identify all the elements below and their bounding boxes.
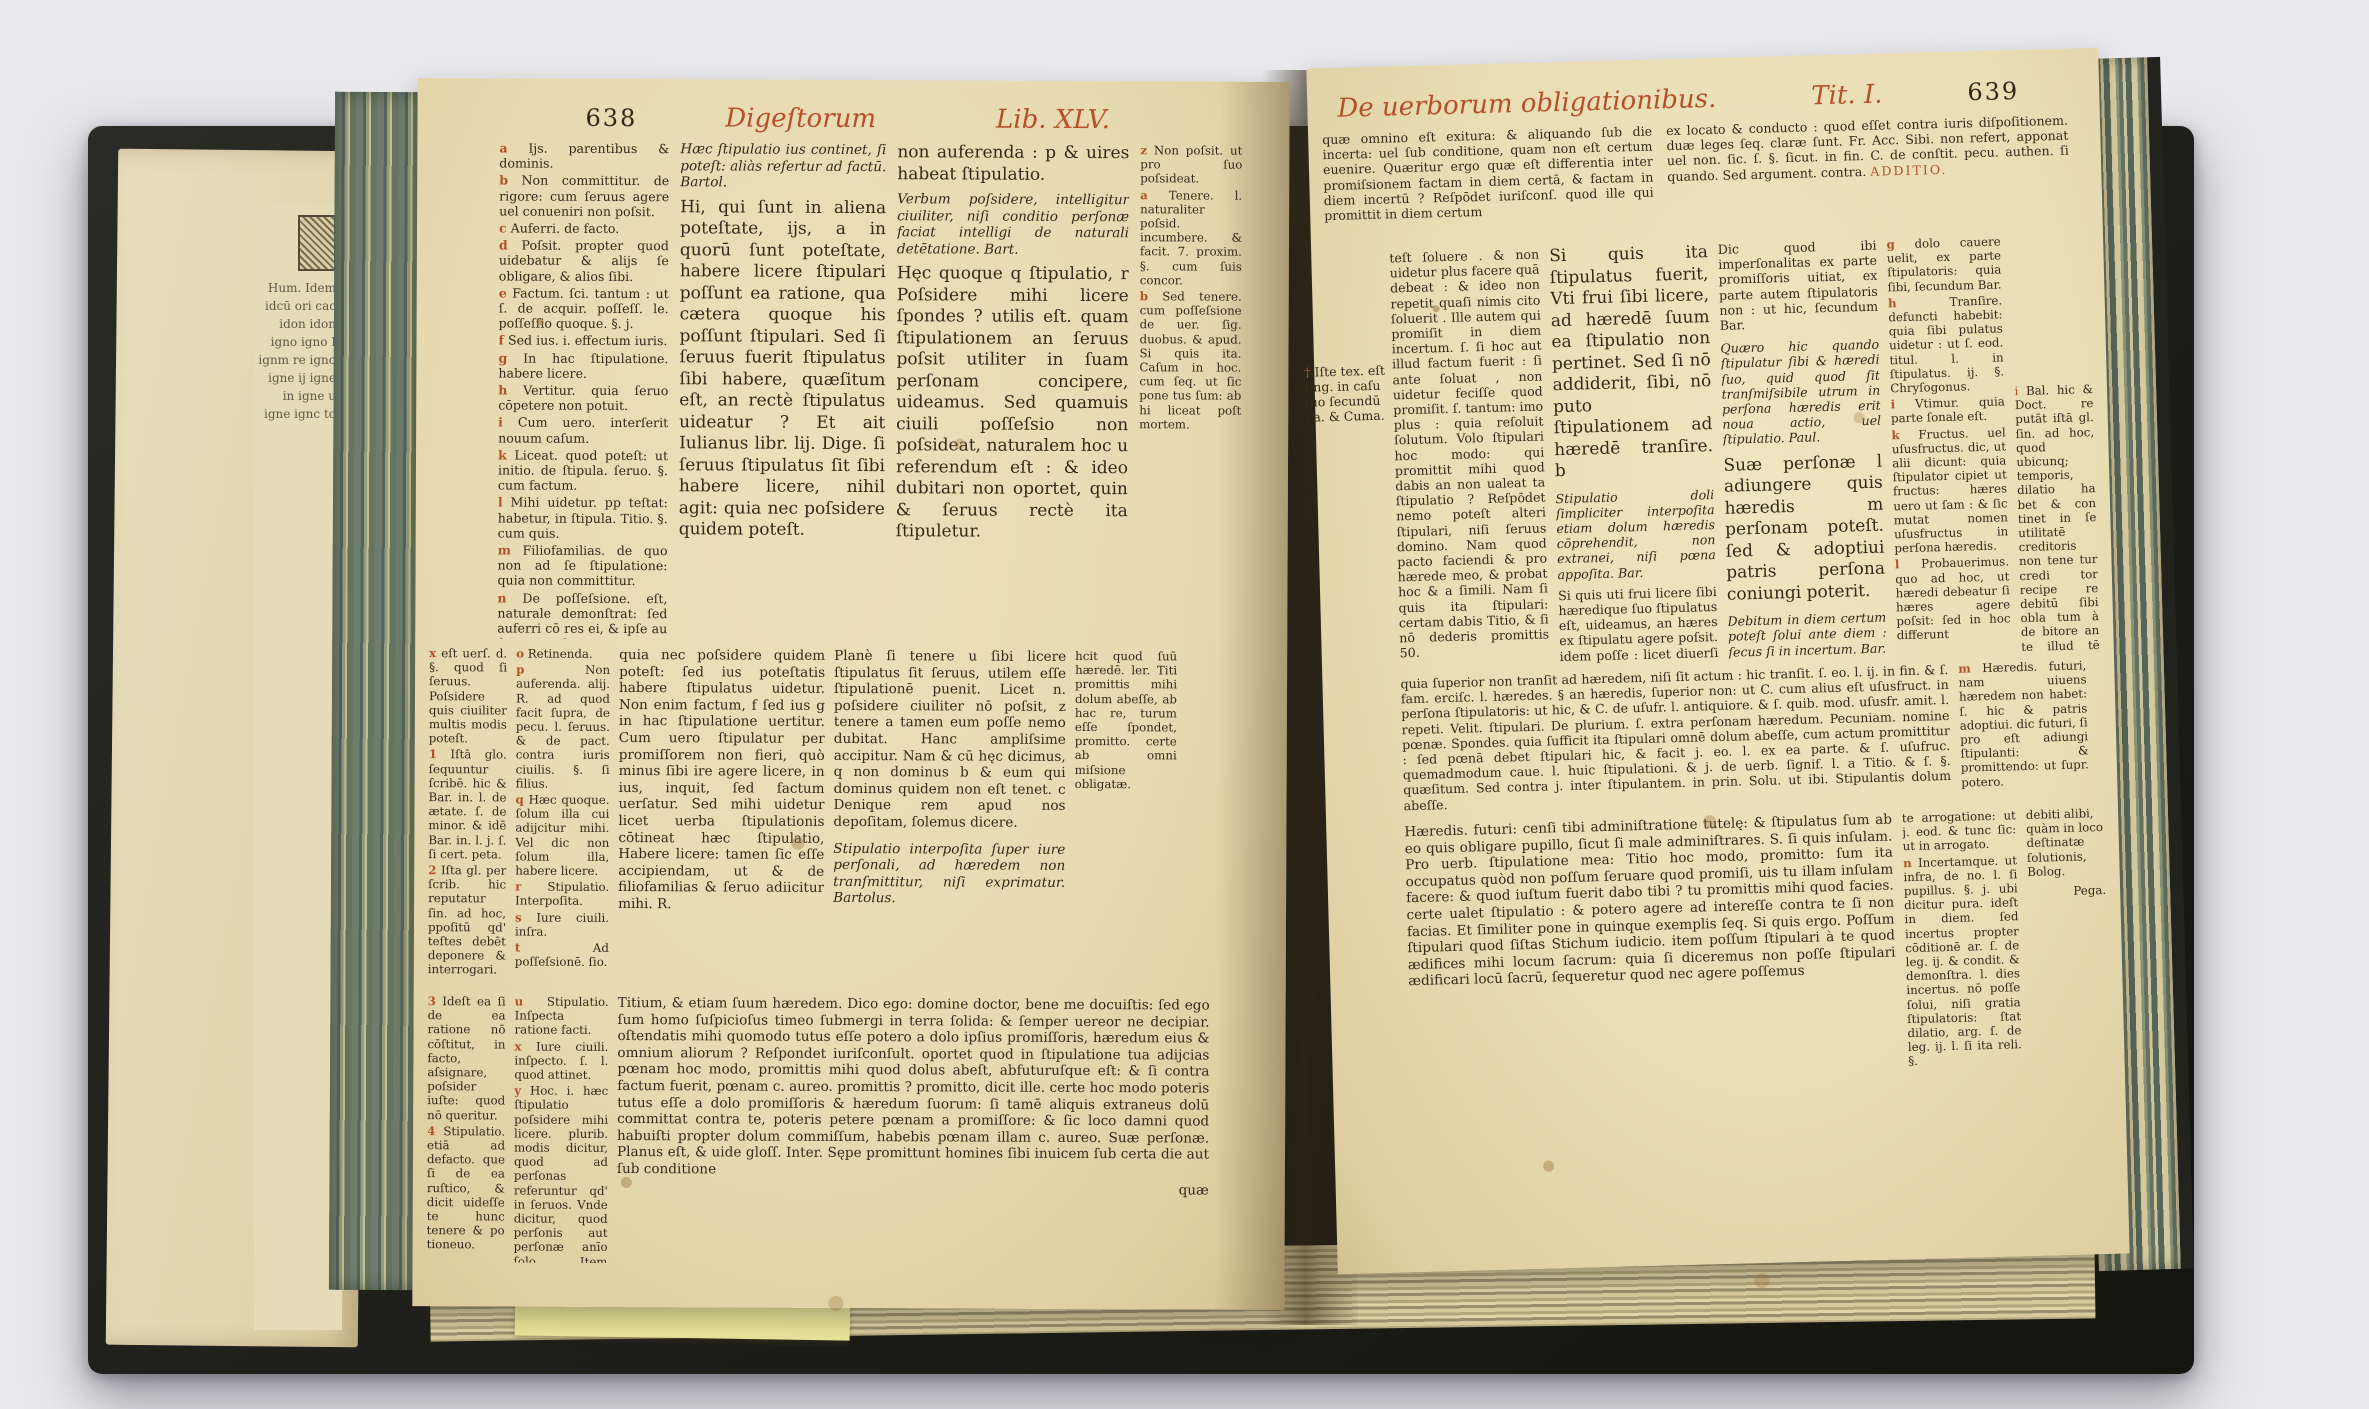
margin-note: d Poſsit. propter quod uidebatur & alijs…: [499, 238, 669, 284]
left-col1: Hæc ſtipulatio ius continet, ſi poteſt: …: [678, 141, 886, 640]
margin-note: n Incertamque. ut infra, de no. l. ſi pu…: [1903, 853, 2022, 1069]
note-text: eſt uerſ. d. §. quod ſi ſeruus. Poſsider…: [429, 646, 507, 745]
right-page-number: 639: [1967, 77, 2020, 106]
gutter-note: † Iſte tex. eſt ſing. in caſu ſuo ſecund…: [1304, 362, 1392, 424]
col1-text: Hi, qui ſunt in aliena poteſtate, ijs, a…: [679, 197, 886, 542]
stipulatio-interposita-note: Stipulatio interpoſita ſuper iure perſon…: [833, 840, 1065, 907]
note-text: Mihi uidetur. pp teſtat: habetur, in ſti…: [498, 495, 668, 541]
si-quis-uti-text: Si quis uti frui licere ſibi hæredique ſ…: [1558, 584, 1719, 666]
right-mid-block: quia ſuperior non tranſit ad hæredem, ni…: [1400, 662, 1952, 818]
note-text: Sed tenere. cum poſſeſsione de uer. ſig.…: [1139, 289, 1242, 431]
margin-note: b Sed tenere. cum poſſeſsione de uer. ſi…: [1139, 289, 1242, 431]
left-col2: non auferenda : p & uires habeat ſtipula…: [895, 142, 1129, 641]
col2b-text: Planè ſi tenere u ſibi licere ſtipulatus…: [833, 648, 1066, 832]
note-text: Poſsit. propter quod uidebatur & alijs ſ…: [499, 238, 669, 284]
right-mid-notes: m Hæredis. futuri, nam uiuens hæredem no…: [1958, 658, 2090, 803]
col2-text: Hęc quoque q ſtipulatio, r Poſsidere mih…: [896, 264, 1129, 545]
note-text: Non committitur. de rigore: cum ſeruus a…: [499, 173, 669, 219]
margin-note: y Hoc. i. hæc ſtipulatio poſsidere mihi …: [514, 1084, 609, 1263]
left-col2b: Planè ſi tenere u ſibi licere ſtipulatus…: [833, 648, 1066, 989]
note-text: Hoc. i. hæc ſtipulatio poſsidere mihi li…: [514, 1084, 609, 1263]
debitum-note: Debitum in diem certum poteſt ſolui ante…: [1727, 610, 1887, 660]
right-running-tit: Tit. I.: [1811, 80, 1883, 112]
margin-note: te arrogatione: ut j. eod. & tunc ſic: u…: [1902, 808, 2017, 854]
right-top-left: quæ omnino eſt exitura: & aliquando ſub …: [1322, 124, 1655, 245]
left-col1b: quia nec poſsidere quidem poteſt: ſed iu…: [618, 647, 825, 988]
margin-note: i Vtimur. quia parte ſonale eſt.: [1891, 395, 2006, 426]
far-note2-text: debiti alibi, quàm in loco deſtinatæ ſol…: [2026, 806, 2106, 879]
right-band-2: teſt ſoluere . & non uidetur plus facere…: [1389, 232, 2100, 670]
note-text: Iure ciuili. inſpecto. ſ. l. quod attine…: [514, 1039, 608, 1082]
note-letter: m: [498, 543, 511, 558]
right-band-3: quia ſuperior non tranſit ad hæredem, ni…: [1400, 658, 2103, 818]
note-text: Cum uero. interſerit nouum caſum.: [498, 415, 668, 446]
note-text: Filiofamilias. de quo non ad ſe ſtipulat…: [497, 543, 667, 589]
note-text: Ad poſſeſsionē. ſio.: [515, 941, 609, 970]
left-outer-notes: a Ijs. parentibus & dominis.b Non commit…: [497, 140, 669, 639]
note-text: Tranſire. defuncti habebit: quia ſibi pu…: [1888, 293, 2004, 395]
right-far-note: i Bal. hic & Doct. re putāt iſtā gl. ſin…: [2010, 232, 2099, 654]
note-letter: d: [499, 238, 508, 253]
left-band-2: x eſt uerſ. d. §. quod ſi ſeruus. Poſsid…: [428, 646, 1271, 990]
margin-note: i Cum uero. interſerit nouum caſum.: [498, 415, 668, 446]
col2-opening: non auferenda : p & uires habeat ſtipula…: [897, 142, 1129, 186]
margin-note: m Hæredis. futuri, nam uiuens hæredem no…: [1958, 658, 2089, 789]
quaero-note: Quæro hic quando ſtipulatur ſibi & hæred…: [1720, 337, 1881, 448]
margin-note: h Vertitur. quia ſeruo cōpetere non potu…: [498, 383, 668, 414]
note-letter: c: [499, 220, 507, 235]
left-mini-notes2: 3 Ideſt ea ſi de ea ratione nō cōſtitut,…: [427, 994, 506, 1262]
margin-note: o Retinenda.: [516, 647, 610, 662]
note-text: Probauerimus. quo ad hoc, ut hæredi debe…: [1895, 555, 2011, 643]
margin-note: f Sed ius. i. effectum iuris.: [499, 333, 669, 349]
right-col3: Dic quod ibi imperſonalitas ex parte pro…: [1718, 238, 1888, 662]
margin-note: k Liceat. quod poteſt: ut initio. de ſti…: [498, 447, 668, 493]
note-text: Factum. ſci. tantum : ut ſ. de acquir. p…: [499, 285, 669, 331]
left-band-3: 3 Ideſt ea ſi de ea ratione nō cōſtitut,…: [427, 994, 1270, 1266]
note-text: Tenere. l. naturaliter poſsid. incumbere…: [1140, 188, 1242, 287]
note-text: Non poſsit. ut pro ſuo poſsideat.: [1140, 143, 1242, 186]
left-notes2: o Retinenda.p Non auferenda. alij. R. ad…: [515, 647, 610, 987]
margin-note: g In hac ſtipulatione. habere licere.: [498, 350, 668, 381]
margin-note: q Hæc quoque. ſolum illa cui adijcitur m…: [515, 793, 609, 879]
note-text: Incertamque. ut infra, de no. l. ſi pupi…: [1903, 853, 2022, 1069]
right-page: De uerborum obligationibus. Tit. I. 639 …: [1306, 48, 2129, 1274]
left-inner-notes: z Non poſsit. ut pro ſuo poſsideat.a Ten…: [1138, 143, 1242, 641]
note-text: Stipulatio. etiā ad defacto. que ſi de e…: [427, 1124, 506, 1252]
right-top-right: ex locato & conducto : quod eſſet contra…: [1666, 113, 2071, 235]
note-text: Fructus. uel uſusfructus. dic, ut alii d…: [1892, 425, 2009, 556]
stipulatio-doli-note: Stipulatio doli ſimpliciter interpoſita …: [1555, 487, 1716, 582]
right-col1: teſt ſoluere . & non uidetur plus facere…: [1389, 247, 1550, 671]
col1-heading: Hæc ſtipulatio ius continet, ſi poteſt: …: [680, 141, 886, 192]
left-notes3: u Stipulatio. Inſpecta ratione facti.x I…: [514, 995, 609, 1263]
gutter-note-text: Iſte tex. eſt ſing. in caſu ſuo ſecundū …: [1304, 363, 1385, 425]
suae-personae-text: Suæ perſonæ l adiungere quis hæredis m p…: [1723, 451, 1886, 606]
left-bottom-block: Titium, & etiam ſuum hæredem. Dico ego: …: [617, 995, 1210, 1266]
note-text: Auferri. de facto.: [507, 221, 620, 236]
left-page-number: 638: [585, 104, 637, 132]
margin-note: b Non committitur. de rigore: cum ſeruus…: [499, 173, 669, 219]
margin-note: x eſt uerſ. d. §. quod ſi ſeruus. Poſsid…: [429, 646, 507, 746]
margin-note: a Ijs. parentibus & dominis.: [499, 140, 669, 171]
note-text: Stipulatio. Inſpecta ratione facti.: [515, 995, 609, 1038]
far-note-mark: i: [2014, 384, 2026, 398]
note-letter: b: [499, 173, 508, 188]
note-text: Vertitur. quia ſeruo cōpetere non potuit…: [498, 383, 668, 414]
note-text: Stipulatio. Interpoſita.: [515, 880, 609, 908]
right-band-4: Hæredis. futuri: cenſi tibi adminiſtrati…: [1404, 806, 2112, 1124]
note-letter: e: [499, 285, 507, 300]
left-page-header: 638 Digeſtorum Lib. XLV.: [585, 103, 1259, 136]
right-top-right-text: ex locato & conducto : quod eſſet contra…: [1666, 113, 2069, 184]
margin-note: x Iure ciuili. inſpecto. ſ. l. quod atti…: [514, 1039, 608, 1082]
woodcut-initial: [298, 215, 336, 271]
margin-note: u Stipulatio. Inſpecta ratione facti.: [514, 995, 608, 1038]
margin-note: z Non poſsit. ut pro ſuo poſsideat.: [1140, 143, 1242, 186]
note-text: Non auferenda. alij. R. ad quod facit ſu…: [516, 663, 611, 791]
margin-note: s Iure ciuili. inſra.: [515, 910, 609, 939]
note-letter: h: [498, 383, 507, 398]
margin-note: 1 Iſtā glo. ſequuntur ſcribē. hic & Bar.…: [428, 748, 506, 862]
margin-note: g dolo cauere uelit, ex parte ſtipulator…: [1886, 234, 2002, 294]
note-letter: n: [497, 590, 506, 605]
margin-note: 2 Iſta gl. per ſcrib. hic reputatur ſin.…: [428, 863, 506, 977]
note-text: Ijs. parentibus & dominis.: [499, 140, 669, 170]
note-text: Iſtā glo. ſequuntur ſcribē. hic & Bar. i…: [428, 748, 506, 862]
margin-note: c Auferri. de facto.: [499, 220, 669, 236]
left-inner-notes2: hcit quod ſuū hæredē. ler. Titi promitti…: [1074, 649, 1177, 989]
right-bottom-notes: te arrogatione: ut j. eod. & tunc ſic: u…: [1902, 808, 2024, 1111]
additio-text: Dic quod ibi imperſonalitas ex parte pro…: [1718, 238, 1879, 333]
note-letter: h: [1888, 296, 1897, 310]
right-outer-notes: g dolo cauere uelit, ex parte ſtipulator…: [1886, 234, 2011, 657]
right-bottom-block: Hæredis. futuri: cenſi tibi adminiſtrati…: [1404, 812, 1899, 1125]
note-text: Ideſt ea ſi de ea ratione nō cōſtitut, i…: [427, 994, 506, 1122]
right-band-1: quæ omnino eſt exitura: & aliquando ſub …: [1322, 112, 2083, 244]
note-text: dolo cauere uelit, ex parte ſtipulatoris…: [1887, 234, 2002, 294]
margin-note: k Fructus. uel uſusfructus. dic, ut alii…: [1891, 425, 2008, 556]
far-note-text: Bal. hic & Doct. re putāt iſtā gl. ſin. …: [2015, 382, 2100, 654]
left-band-1: a Ijs. parentibus & dominis.b Non commit…: [497, 140, 1273, 641]
note-text: Sed ius. i. effectum iuris.: [504, 333, 668, 349]
gutter-note-mark: †: [1304, 365, 1311, 380]
note-text: te arrogatione: ut j. eod. & tunc ſic: u…: [1902, 808, 2017, 853]
note-text: Iſta gl. per ſcrib. hic reputatur ſin. a…: [428, 863, 506, 977]
note-text: Hæredis. futuri, nam uiuens hæredem non …: [1958, 658, 2089, 789]
margin-note: 4 Stipulatio. etiā ad defacto. que ſi de…: [427, 1124, 506, 1252]
note-text: Liceat. quod poteſt: ut initio. de ſtipu…: [498, 447, 668, 493]
note-text: Vtimur. quia parte ſonale eſt.: [1891, 395, 2005, 426]
note-letter: m: [1958, 661, 1971, 675]
margin-note: e Factum. ſci. tantum : ut ſ. de acquir.…: [499, 285, 669, 331]
photo-antique-book: { "colors":{"background":"#e9e9ed","cove…: [0, 0, 2369, 1409]
note-text: In hac ſtipulatione. habere licere.: [498, 350, 668, 381]
note-text: Iure ciuili. inſra.: [515, 910, 609, 938]
right-bottom-paragraph: Hæredis. futuri: cenſi tibi adminiſtrati…: [1404, 812, 1896, 991]
left-page: 638 Digeſtorum Lib. XLV. a Ijs. parentib…: [412, 78, 1289, 1310]
margin-note: t Ad poſſeſsionē. ſio.: [515, 941, 609, 970]
margin-note: l Probauerimus. quo ad hoc, ut hæredi de…: [1895, 555, 2011, 643]
note-text: Hæc quoque. ſolum illa cui adijcitur mih…: [515, 793, 609, 878]
margin-note: a Tenere. l. naturaliter poſsid. incumbe…: [1140, 188, 1242, 288]
note-text: De poſſeſsione. eſt, naturale demonſtrat…: [497, 590, 667, 639]
margin-note: 3 Ideſt ea ſi de ea ratione nō cōſtitut,…: [427, 994, 506, 1122]
col2-italic: Verbum poſsidere, intelligitur ciuiliter…: [897, 191, 1129, 258]
margin-note: p Non auferenda. alij. R. ad quod facit …: [516, 663, 611, 791]
margin-note: l Mihi uidetur. pp teſtat: habetur, in ſ…: [498, 495, 668, 541]
note-letter: g: [498, 350, 507, 365]
note-letter: u: [515, 995, 524, 1009]
note-letter: k: [498, 447, 507, 462]
additio-label: ADDITIO.: [1870, 161, 1948, 178]
left-catchword: quæ: [617, 1180, 1209, 1199]
right-catchword: Pega.: [2028, 883, 2107, 899]
under-page-fragments: Hum. Idem idcū ori cac idon idon igno ig…: [254, 279, 336, 423]
note-letter: a: [499, 140, 507, 155]
note-letter: a: [1140, 188, 1148, 202]
left-mini-notes: x eſt uerſ. d. §. quod ſi ſeruus. Poſsid…: [428, 646, 507, 986]
margin-note: n De poſſeſsione. eſt, naturale demonſtr…: [497, 590, 667, 639]
left-running-title: Digeſtorum: [725, 103, 876, 134]
margin-note: m Filiofamilias. de quo non ad ſe ſtipul…: [497, 543, 667, 589]
right-running-title: De uerborum obligationibus.: [1337, 84, 1717, 124]
margin-note: r Stipulatio. Interpoſita.: [515, 880, 609, 909]
note-letter: o: [516, 647, 524, 661]
note-text: Retinenda.: [524, 647, 593, 661]
right-col2: Si quis ita ſtipulatus fuerit, Vti frui …: [1549, 242, 1719, 666]
si-quis-ita-text: Si quis ita ſtipulatus fuerit, Vti frui …: [1549, 242, 1714, 483]
right-far-note2-wrap: debiti alibi, quàm in loco deſtinatæ ſol…: [2026, 806, 2112, 1108]
margin-note: h Tranſire. defuncti habebit: quia ſibi …: [1888, 293, 2005, 395]
left-running-book: Lib. XLV.: [996, 105, 1110, 135]
left-bottom-paragraph: Titium, & etiam ſuum hæredem. Dico ego: …: [617, 995, 1210, 1180]
